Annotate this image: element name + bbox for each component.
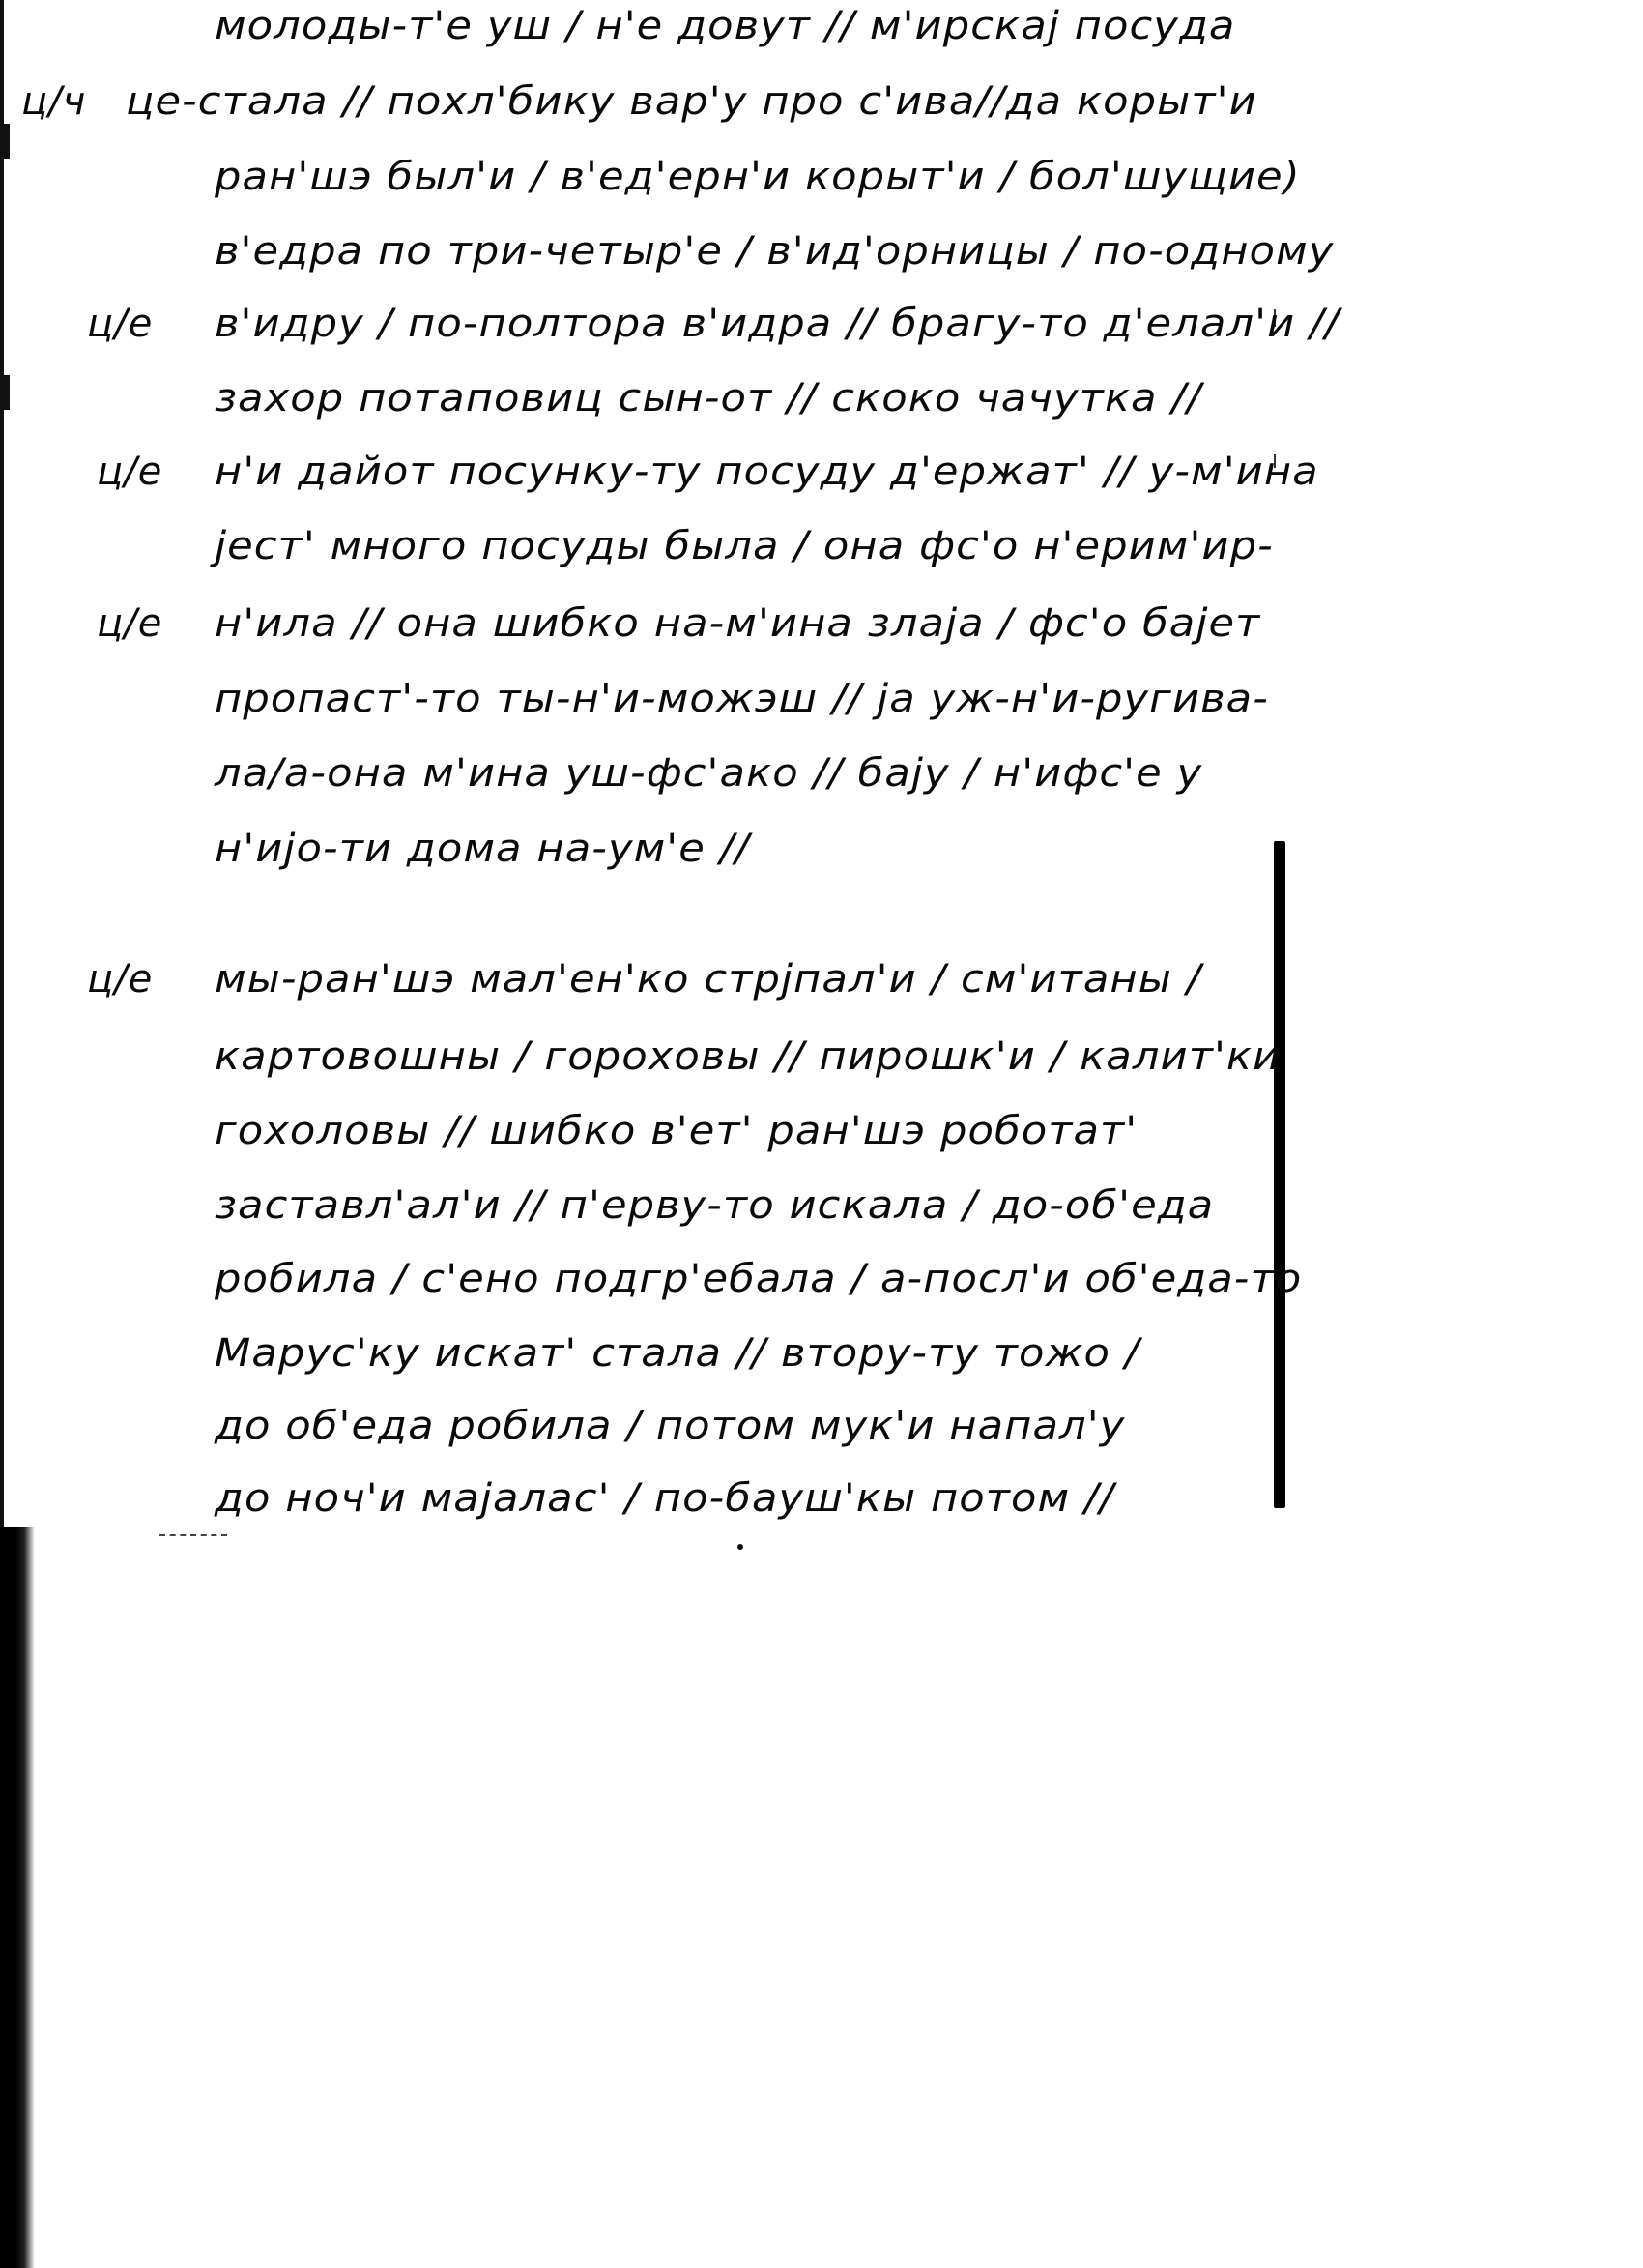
line-text: ла/а-она м'ина уш-фс'ако // баjу / н'ифс… <box>215 740 1202 807</box>
text-line: н'иjо-ти дома на-ум'е // <box>0 815 1276 883</box>
text-line: картовошны / гороховы // пирошк'и / кали… <box>0 1023 1276 1090</box>
text-line: ц/е н'ила // она шибко на-м'ина злаjа / … <box>0 590 1276 657</box>
scan-shadow <box>0 1527 35 2268</box>
line-text: до об'еда робила / потом мук'и напал'у <box>215 1392 1125 1460</box>
line-text: Марус'ку искат' стала // втору-ту тожо / <box>215 1320 1139 1387</box>
text-line: ц/е в'идру / по-полтора в'идра // брагу-… <box>0 290 1276 358</box>
text-line: ран'шэ был'и / в'ед'ерн'и корыт'и / бол'… <box>0 143 1276 211</box>
text-line: ц/е мы-ран'шэ мал'ен'ко стрјпал'и / см'и… <box>0 945 1276 1013</box>
text-line: захор потаповиц сын-от // скоко чачутка … <box>0 364 1276 432</box>
line-text: н'и дайот посунку-ту посуду д'ержат' // … <box>215 438 1319 506</box>
line-text: н'ила // она шибко на-м'ина злаjа / фс'о… <box>215 590 1260 657</box>
scanned-page: молоды-т'е уш / н'е довут // м'ирскаj по… <box>0 0 1643 2268</box>
line-text: ран'шэ был'и / в'ед'ерн'и корыт'и / бол'… <box>215 143 1301 211</box>
text-line: ц/ч це-стала // похл'бику вар'у про с'ив… <box>0 68 1276 135</box>
line-text: jест' много посуды была / она фс'о н'ери… <box>215 512 1274 580</box>
text-line: в'едра по три-четыр'е / в'ид'орницы / по… <box>0 218 1276 285</box>
margin-marker: ц/ч <box>21 68 118 135</box>
line-text: це-стала // похл'бику вар'у про с'ива//д… <box>126 68 1257 135</box>
text-line: jест' много посуды была / она фс'о н'ери… <box>0 512 1276 580</box>
text-line: пропаст'-то ты-н'и-можэш // ja уж-н'и-ру… <box>0 665 1276 733</box>
text-line: Марус'ку искат' стала // втору-ту тожо / <box>0 1320 1276 1387</box>
ink-dot <box>737 1544 743 1550</box>
text-line: робила / с'ено подгр'ебала / а-посл'и об… <box>0 1245 1276 1313</box>
line-text: робила / с'ено подгр'ебала / а-посл'и об… <box>215 1245 1302 1313</box>
text-line: ц/е н'и дайот посунку-ту посуду д'ержат'… <box>0 438 1276 506</box>
margin-marker: ц/е <box>97 438 193 506</box>
line-text: картовошны / гороховы // пирошк'и / кали… <box>215 1023 1281 1090</box>
line-text: захор потаповиц сын-от // скоко чачутка … <box>215 364 1202 432</box>
line-text: до ноч'и маjалас' / по-бауш'кы потом // <box>215 1465 1114 1532</box>
line-text: н'иjо-ти дома на-ум'е // <box>215 815 750 883</box>
line-text: в'идру / по-полтора в'идра // брагу-то д… <box>215 290 1340 358</box>
margin-marker: ц/е <box>87 290 184 358</box>
line-text: пропаст'-то ты-н'и-можэш // ja уж-н'и-ру… <box>215 665 1269 733</box>
line-text: в'едра по три-четыр'е / в'ид'орницы / по… <box>215 218 1334 285</box>
line-text: гохоловы // шибко в'ет' ран'шэ роботат' <box>215 1097 1138 1165</box>
text-line: гохоловы // шибко в'ет' ран'шэ роботат' <box>0 1097 1276 1165</box>
text-line: заставл'ал'и // п'ерву-то искала / до-об… <box>0 1172 1276 1239</box>
line-text: мы-ран'шэ мал'ен'ко стрјпал'и / см'итаны… <box>215 945 1201 1013</box>
margin-marker: ц/е <box>97 590 193 657</box>
text-line: молоды-т'е уш / н'е довут // м'ирскаj по… <box>0 0 1276 60</box>
text-line: ла/а-она м'ина уш-фс'ако // баjу / н'ифс… <box>0 740 1276 807</box>
line-text: заставл'ал'и // п'ерву-то искала / до-об… <box>215 1172 1214 1239</box>
text-line: до об'еда робила / потом мук'и напал'у <box>0 1392 1276 1460</box>
dashed-mark <box>159 1534 227 1536</box>
line-text: молоды-т'е уш / н'е довут // м'ирскаj по… <box>215 0 1235 60</box>
text-line: до ноч'и маjалас' / по-бауш'кы потом // <box>0 1465 1276 1532</box>
margin-marker: ц/е <box>87 945 184 1013</box>
